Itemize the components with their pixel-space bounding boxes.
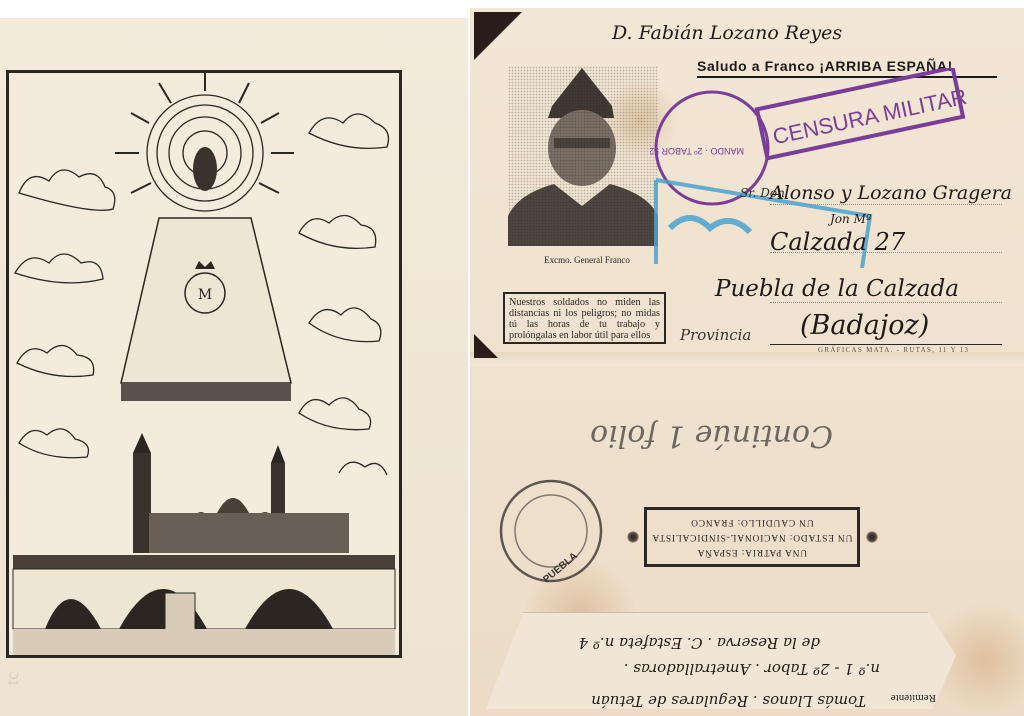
rosette-ornament bbox=[866, 531, 878, 543]
svg-text:CENSURA MILITAR: CENSURA MILITAR bbox=[771, 84, 970, 150]
franco-portrait bbox=[508, 66, 658, 246]
pilar-engraving: M bbox=[6, 70, 402, 658]
censor-stamp: CENSURA MILITAR bbox=[757, 68, 969, 158]
photo-corner bbox=[474, 334, 498, 358]
svg-text:M: M bbox=[198, 287, 212, 303]
slogan-box: UNA PATRIA: ESPAÑA UN ESTADO: NACIONAL-S… bbox=[644, 507, 860, 567]
continue-note: Continúe 1 folio bbox=[590, 418, 833, 453]
remitente-label: Remitente bbox=[891, 692, 936, 704]
slogan-line: UN CAUDILLO: FRANCO bbox=[690, 515, 813, 530]
motto-box: Nuestros soldados no miden las distancia… bbox=[503, 292, 666, 344]
recipient-line2: Jon Mª bbox=[830, 212, 872, 226]
sender-line: de la Reserva . C. Estafeta n.º 4 bbox=[579, 634, 820, 652]
fold-crease bbox=[470, 352, 1024, 366]
sender-line: Tomás Llanos . Regulares de Tetuán bbox=[591, 692, 866, 710]
slogan-line: UN ESTADO: NACIONAL-SINDICALISTA bbox=[652, 530, 853, 545]
address-line bbox=[770, 204, 1002, 205]
postmark: PUEBLA bbox=[496, 476, 606, 586]
recipient-province: (Badajoz) bbox=[800, 310, 929, 341]
portrait-caption: Excmo. General Franco bbox=[512, 255, 662, 265]
recipient-street: Calzada 27 bbox=[770, 228, 905, 256]
sender-line: n.º 1 - 2º Tabor . Ametralladoras . bbox=[624, 660, 880, 678]
rosette-ornament bbox=[627, 531, 639, 543]
svg-text:MANDO · 2º TABOR 52: MANDO · 2º TABOR 52 bbox=[650, 146, 744, 156]
recipient-name: Alonso y Lozano Gragera bbox=[770, 182, 1012, 204]
recipient-town: Puebla de la Calzada bbox=[715, 276, 959, 302]
province-label: Provincia bbox=[680, 326, 751, 344]
photo-corner bbox=[474, 12, 522, 60]
address-line bbox=[770, 344, 1002, 345]
handwritten-sender: D. Fabián Lozano Reyes bbox=[612, 22, 842, 44]
sender-block: Remitente Tomás Llanos . Regulares de Te… bbox=[500, 620, 940, 706]
slogan-line: UNA PATRIA: ESPAÑA bbox=[697, 545, 807, 560]
printer-imprint: GRÁFICAS MATA. - RUTAS, 11 Y 13 bbox=[818, 346, 969, 354]
watermark: tc bbox=[2, 672, 23, 685]
address-line bbox=[770, 302, 1002, 303]
